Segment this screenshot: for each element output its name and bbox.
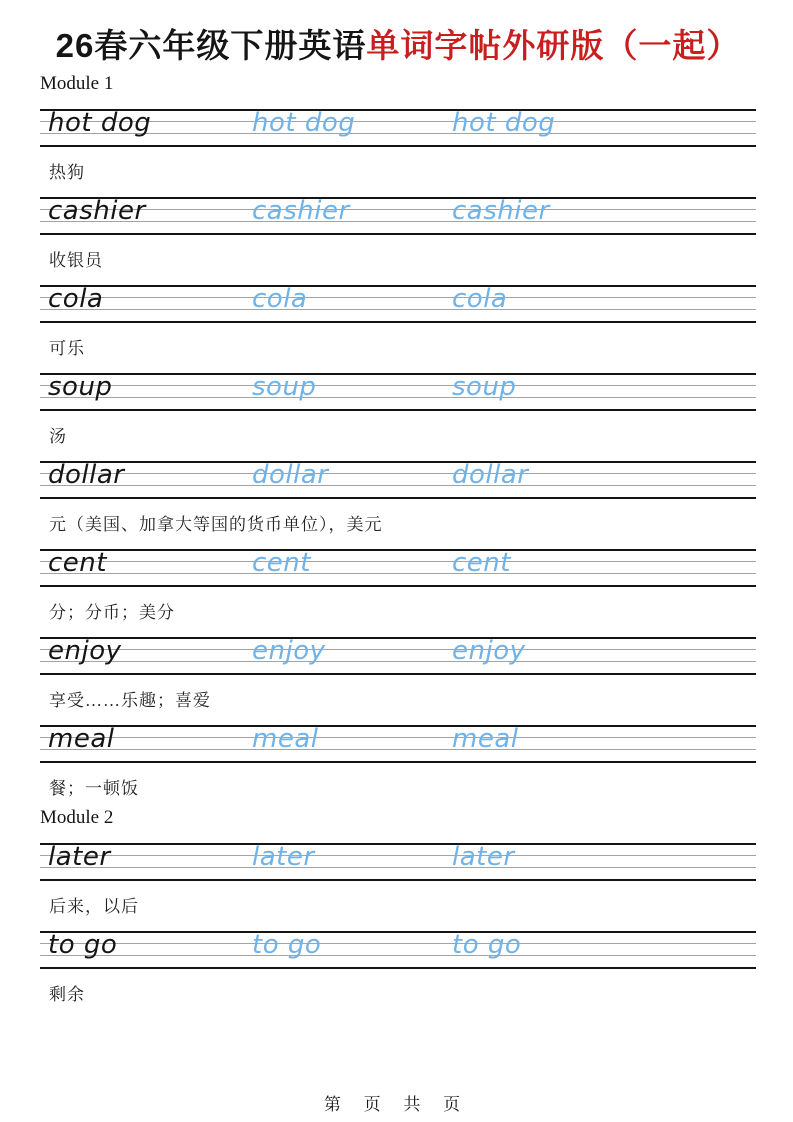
grid-line-lower-mid (40, 955, 756, 956)
grid-line-bottom (40, 585, 756, 587)
word-trace-2: cola (452, 280, 507, 318)
grid-line-lower-mid (40, 309, 756, 310)
word-trace-2: to go (452, 926, 521, 964)
word-meaning: 剩余 (40, 984, 756, 1006)
word-sample: dollar (48, 456, 124, 494)
word-sample: soup (48, 368, 112, 406)
title-part-black: 26春六年级下册英语 (56, 27, 367, 64)
word-entry: to go to go to go 剩余 (40, 931, 756, 1006)
grid-line-top (40, 931, 756, 933)
writing-grid: soup soup soup (40, 373, 756, 411)
word-trace-1: to go (252, 926, 321, 964)
grid-line-upper-mid (40, 297, 756, 298)
writing-grid: to go to go to go (40, 931, 756, 969)
grid-line-top (40, 843, 756, 845)
word-trace-2: meal (452, 720, 518, 758)
grid-line-upper-mid (40, 649, 756, 650)
word-sections: Module 1 hot dog hot dog hot dog 热狗 cash… (40, 72, 756, 1006)
word-trace-2: later (452, 838, 515, 876)
word-entry: soup soup soup 汤 (40, 373, 756, 448)
grid-line-upper-mid (40, 855, 756, 856)
word-entry: later later later 后来，以后 (40, 843, 756, 918)
word-meaning: 热狗 (40, 162, 756, 184)
word-trace-2: enjoy (452, 632, 526, 670)
module-label: Module 1 (40, 72, 756, 96)
word-trace-2: dollar (452, 456, 528, 494)
grid-line-upper-mid (40, 473, 756, 474)
word-entry: enjoy enjoy enjoy 享受……乐趣；喜爱 (40, 637, 756, 712)
word-entry: meal meal meal 餐；一顿饭 (40, 725, 756, 800)
word-trace-1: enjoy (252, 632, 326, 670)
grid-line-upper-mid (40, 385, 756, 386)
word-meaning: 可乐 (40, 338, 756, 360)
word-trace-1: cent (252, 544, 311, 582)
word-sample: cashier (48, 192, 146, 230)
grid-line-lower-mid (40, 573, 756, 574)
module-entries: later later later 后来，以后 to go to go to g… (40, 843, 756, 1006)
word-trace-1: cola (252, 280, 307, 318)
word-sample: to go (48, 926, 117, 964)
word-entry: cent cent cent 分；分币；美分 (40, 549, 756, 624)
grid-line-bottom (40, 409, 756, 411)
word-trace-2: cent (452, 544, 511, 582)
word-trace-1: later (252, 838, 315, 876)
writing-grid: meal meal meal (40, 725, 756, 763)
page-title: 26春六年级下册英语单词字帖外研版（一起） (40, 26, 756, 66)
grid-line-top (40, 549, 756, 551)
word-entry: hot dog hot dog hot dog 热狗 (40, 109, 756, 184)
grid-line-bottom (40, 233, 756, 235)
word-trace-2: soup (452, 368, 516, 406)
grid-line-bottom (40, 321, 756, 323)
grid-line-upper-mid (40, 943, 756, 944)
grid-line-bottom (40, 879, 756, 881)
word-meaning: 收银员 (40, 250, 756, 272)
word-sample: hot dog (48, 104, 151, 142)
module-label: Module 2 (40, 806, 756, 830)
grid-line-lower-mid (40, 867, 756, 868)
grid-line-top (40, 725, 756, 727)
grid-line-upper-mid (40, 561, 756, 562)
grid-line-lower-mid (40, 749, 756, 750)
grid-line-lower-mid (40, 221, 756, 222)
word-trace-1: meal (252, 720, 318, 758)
writing-grid: cent cent cent (40, 549, 756, 587)
grid-line-bottom (40, 967, 756, 969)
writing-grid: hot dog hot dog hot dog (40, 109, 756, 147)
grid-line-bottom (40, 497, 756, 499)
word-sample: meal (48, 720, 114, 758)
grid-line-bottom (40, 145, 756, 147)
module-section: Module 2 later later later 后来，以后 to go t… (40, 806, 756, 1006)
word-entry: cola cola cola 可乐 (40, 285, 756, 360)
word-sample: later (48, 838, 111, 876)
word-meaning: 餐；一顿饭 (40, 778, 756, 800)
grid-line-lower-mid (40, 661, 756, 662)
module-section: Module 1 hot dog hot dog hot dog 热狗 cash… (40, 72, 756, 800)
writing-grid: cashier cashier cashier (40, 197, 756, 235)
word-trace-1: hot dog (252, 104, 355, 142)
writing-grid: dollar dollar dollar (40, 461, 756, 499)
word-meaning: 分；分币；美分 (40, 602, 756, 624)
grid-line-top (40, 197, 756, 199)
word-entry: cashier cashier cashier 收银员 (40, 197, 756, 272)
word-meaning: 后来，以后 (40, 896, 756, 918)
word-meaning: 享受……乐趣；喜爱 (40, 690, 756, 712)
word-sample: cola (48, 280, 103, 318)
copybook-page: 26春六年级下册英语单词字帖外研版（一起） Module 1 hot dog h… (0, 0, 793, 1122)
grid-line-lower-mid (40, 397, 756, 398)
page-footer: 第 页 共 页 (0, 1090, 793, 1115)
word-meaning: 元（美国、加拿大等国的货币单位），美元 (40, 514, 756, 536)
word-trace-1: cashier (252, 192, 350, 230)
word-trace-1: soup (252, 368, 316, 406)
grid-line-bottom (40, 761, 756, 763)
grid-line-upper-mid (40, 209, 756, 210)
word-entry: dollar dollar dollar 元（美国、加拿大等国的货币单位），美元 (40, 461, 756, 536)
module-entries: hot dog hot dog hot dog 热狗 cashier cashi… (40, 109, 756, 800)
grid-line-lower-mid (40, 485, 756, 486)
writing-grid: cola cola cola (40, 285, 756, 323)
word-trace-1: dollar (252, 456, 328, 494)
grid-line-bottom (40, 673, 756, 675)
grid-line-top (40, 461, 756, 463)
word-meaning: 汤 (40, 426, 756, 448)
writing-grid: later later later (40, 843, 756, 881)
grid-line-upper-mid (40, 737, 756, 738)
grid-line-top (40, 373, 756, 375)
word-trace-2: hot dog (452, 104, 555, 142)
word-sample: cent (48, 544, 107, 582)
word-trace-2: cashier (452, 192, 550, 230)
word-sample: enjoy (48, 632, 122, 670)
grid-line-top (40, 637, 756, 639)
title-part-red: 单词字帖外研版（一起） (366, 27, 740, 64)
writing-grid: enjoy enjoy enjoy (40, 637, 756, 675)
grid-line-top (40, 285, 756, 287)
